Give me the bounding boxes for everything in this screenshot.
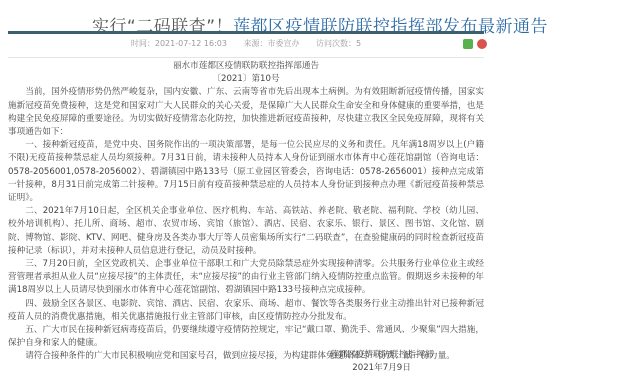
doc-number: 〔2021〕第10号 (8, 73, 484, 86)
issuer-heading: 丽水市莲都区疫情联防联控指挥部通告 (8, 60, 484, 73)
article-meta: 时间：2021-07-12 16:03 来源：市委宣办 访问次数：5 (8, 38, 484, 49)
wechat-icon[interactable] (463, 39, 473, 49)
paragraph: 三、7月20日前，全区党政机关、企事业单位干部职工和广大党员除禁忌症外实现接种清… (8, 258, 484, 298)
signature: 莲都区疫情联防联控指挥部 (330, 349, 433, 362)
share-bar (463, 39, 487, 49)
meta-divider (8, 57, 484, 58)
title-prefix: 实行“二码联查”！ (92, 17, 233, 37)
paragraph: 五、广大市民在接种新冠病毒疫苗后，仍要继续遵守疫情防控规定，牢记“戴口罩、勤洗手… (8, 324, 484, 350)
document-body: 丽水市莲都区疫情联防联控指挥部通告 〔2021〕第10号 当前，国外疫情形势仍然… (8, 60, 484, 364)
signature-date: 2021年7月9日 (330, 362, 433, 375)
publish-time: 时间：2021-07-12 16:03 (131, 39, 227, 48)
paragraph: 当前，国外疫情形势仍然严峻复杂，国内安徽、广东、云南等省市先后出现本土病例。为有… (8, 86, 484, 139)
paragraph: 一、接种新冠疫苗，是党中央、国务院作出的一项决策部署，是每一位公民应尽的义务和责… (8, 139, 484, 205)
weibo-icon[interactable] (477, 39, 487, 49)
visit-count: 访问次数：5 (316, 39, 361, 48)
title-divider (8, 31, 484, 34)
paragraph: 二、2021年7月10日起，全区机关企事业单位、医疗机构、车站、高铁站、养老院、… (8, 205, 484, 258)
source: 来源：市委宣办 (244, 39, 300, 48)
title-main: 莲都区疫情联防联控指挥部发布最新通告 (233, 17, 548, 37)
paragraph: 四、鼓励全区各景区、电影院、宾馆、酒店、民宿、农家乐、商场、超市、餐饮等各类服务… (8, 298, 484, 324)
signature-block: 莲都区疫情联防联控指挥部 2021年7月9日 (330, 349, 433, 375)
